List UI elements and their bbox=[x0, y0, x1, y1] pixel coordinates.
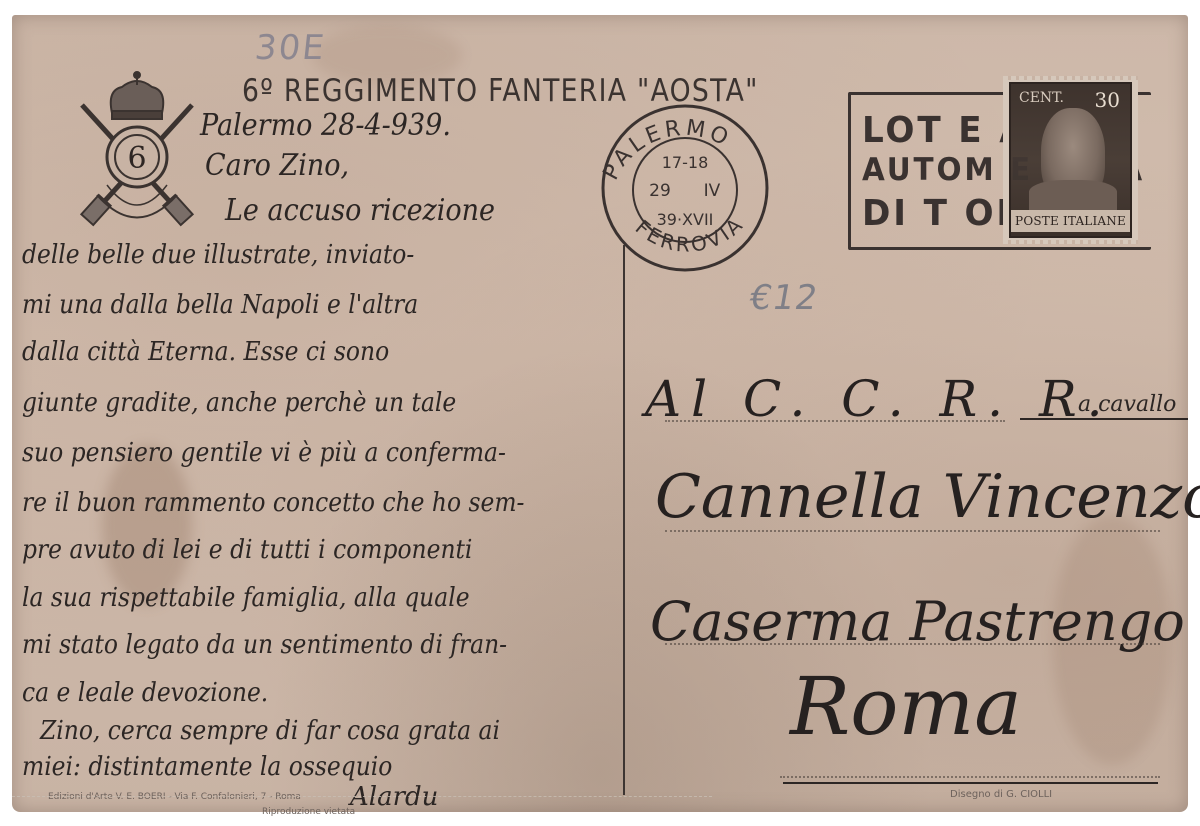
pencil-note-top: 30E bbox=[253, 28, 328, 68]
slogan-overprint: E bbox=[1010, 152, 1033, 188]
letter-line: dalla città Eterna. Esse ci sono bbox=[22, 337, 389, 367]
svg-text:39·XVII: 39·XVII bbox=[657, 210, 714, 229]
letter-place-date: Palermo 28-4-939. bbox=[200, 108, 451, 143]
letter-line: mi stato legato da un sentimento di fran… bbox=[22, 630, 507, 660]
letter-line: ca e leale devozione. bbox=[22, 678, 268, 708]
address-dotted-line bbox=[665, 643, 1160, 645]
stamp-denomination: 30 bbox=[1095, 88, 1120, 112]
svg-text:17-18: 17-18 bbox=[662, 153, 709, 172]
letter-line: Le accuso ricezione bbox=[225, 193, 495, 228]
letter-salutation: Caro Zino, bbox=[205, 148, 349, 183]
pencil-note-address: €12 bbox=[746, 278, 821, 318]
address-dotted-line bbox=[780, 776, 1160, 778]
letter-line: delle belle due illustrate, inviato- bbox=[22, 240, 414, 270]
artist-imprint: Disegno di G. CIOLLI bbox=[950, 789, 1052, 800]
letter-signature: Alardu bbox=[350, 782, 438, 812]
letter-line: miei: distintamente la ossequio bbox=[22, 752, 392, 782]
letter-line: giunte gradite, anche perchè un tale bbox=[22, 388, 456, 418]
publisher-imprint: Edizioni d'Arte V. E. BOERI - Via F. Con… bbox=[48, 792, 301, 802]
stamp-label: POSTE ITALIANE bbox=[1011, 210, 1130, 232]
svg-text:6: 6 bbox=[127, 141, 146, 176]
postmark: PALERMO FERROVIA 17-18 29 IV 39·XVII bbox=[590, 98, 780, 273]
letter-line: la sua rispettabile famiglia, alla quale bbox=[22, 583, 470, 613]
stamp-perforation bbox=[1003, 240, 1138, 244]
slogan-line: DI T OL bbox=[862, 193, 1021, 234]
letter-line: re il buon rammento concetto che ho sem- bbox=[22, 488, 524, 518]
letter-line: mi una dalla bella Napoli e l'altra bbox=[22, 290, 418, 320]
letter-line: suo pensiero gentile vi è più a conferma… bbox=[22, 438, 506, 468]
address-line-2: Cannella Vincenzo bbox=[655, 462, 1200, 532]
svg-text:IV: IV bbox=[704, 181, 721, 201]
rights-imprint: Riproduzione vietata bbox=[262, 807, 355, 817]
stamp-perforation bbox=[1003, 76, 1138, 80]
address-line-4: Roma bbox=[790, 660, 1022, 753]
uniform-collar bbox=[1029, 180, 1117, 210]
svg-text:29: 29 bbox=[649, 181, 671, 201]
perforation-ruler bbox=[12, 796, 712, 797]
crown-crossed-rifles-emblem-icon: 6 bbox=[62, 65, 212, 235]
address-divider bbox=[623, 245, 625, 795]
address-dotted-line bbox=[665, 420, 1005, 422]
address-dotted-line bbox=[665, 530, 1160, 532]
svg-text:PALERMO: PALERMO bbox=[599, 116, 736, 185]
address-note: a cavallo bbox=[1078, 392, 1176, 417]
address-underline bbox=[783, 782, 1158, 784]
address-note-underline bbox=[1020, 418, 1188, 420]
letter-line: Zino, cerca sempre di far cosa grata ai bbox=[40, 716, 500, 746]
letter-line: pre avuto di lei e di tutti i componenti bbox=[22, 535, 472, 565]
stamp-currency: CENT. bbox=[1019, 90, 1064, 106]
water-stain bbox=[102, 445, 192, 605]
